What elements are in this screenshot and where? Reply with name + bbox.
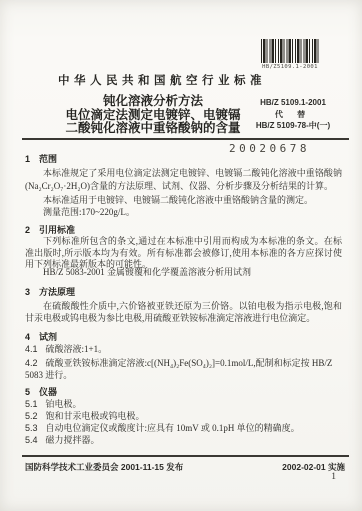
clause-text: 饱和甘汞电极或钨电极。: [46, 411, 145, 421]
clause-text: 硫酸溶液:1+1。: [46, 344, 108, 354]
section-heading-instruments: 5仪器: [25, 385, 341, 398]
clause-4-2: 4.2硫酸亚铁铵标准滴定溶液:c[(NH₄)₂Fe(SO₄)₂]=0.1mol/…: [25, 357, 342, 381]
clause-number: 4.1: [25, 343, 38, 355]
designation-current: HB/Z 5109.1-2001: [238, 97, 348, 109]
section-title: 方法原理: [39, 287, 75, 297]
clause-5-1: 5.1铂电极。: [25, 398, 342, 410]
title-line-2: 电位滴定法测定电镀锌、电镀镉: [44, 109, 262, 123]
designation-replaces-label: 代 替: [238, 109, 348, 121]
section-number: 2: [25, 225, 30, 235]
scope-paragraph-1: 本标准规定了采用电位滴定法测定电镀锌、电镀镉二酸钝化溶液中重铬酸钠(Na₂Cr₂…: [25, 167, 342, 193]
section-number: 5: [25, 387, 30, 397]
document-title: 钝化溶液分析方法 电位滴定法测定电镀锌、电镀镉 二酸钝化溶液中重铬酸钠的含量: [44, 95, 262, 136]
clause-number: 4.2: [25, 357, 38, 369]
section-number: 4: [25, 332, 30, 342]
clause-number: 5.2: [25, 410, 38, 422]
footer-issued-by: 国防科学技术工业委员会 2001-11-15 发布: [25, 461, 183, 473]
clause-5-4: 5.4磁力搅拌器。: [25, 434, 342, 446]
clause-number: 5.1: [25, 398, 38, 410]
document-page: HB/Z5109.1-2001 中华人民共和国航空行业标准 钝化溶液分析方法 电…: [0, 0, 362, 511]
referenced-standard: HB/Z 5083-2001 金属镀覆和化学覆盖溶液分析用试剂: [25, 266, 342, 279]
title-line-1: 钝化溶液分析方法: [44, 95, 262, 109]
section-title: 引用标准: [39, 225, 75, 235]
clause-5-2: 5.2饱和甘汞电极或钨电极。: [25, 410, 342, 422]
section-heading-reagents: 4试剂: [25, 330, 341, 343]
clause-number: 5.3: [25, 422, 38, 434]
clause-number: 5.4: [25, 434, 38, 446]
clause-text: 铂电极。: [46, 399, 82, 409]
clause-text: 硫酸亚铁铵标准滴定溶液:c[(NH₄)₂Fe(SO₄)₂]=0.1mol/L,配…: [25, 358, 332, 380]
clause-4-1: 4.1硫酸溶液:1+1。: [25, 343, 342, 355]
barcode-bars-icon: [261, 39, 319, 63]
clause-text: 自动电位滴定仪或酸度计:应具有 10mV 或 0.1pH 单位的精确度。: [46, 423, 300, 433]
section-number: 3: [25, 287, 30, 297]
section-heading-principle: 3方法原理: [25, 285, 341, 298]
header-divider: [22, 138, 349, 140]
footer-divider: [22, 455, 349, 457]
section-title: 范围: [39, 154, 57, 164]
section-heading-scope: 1范围: [25, 152, 341, 165]
principle-paragraph: 在硫酸酸性介质中,六价铬被亚铁还原为三价铬。以铂电极为指示电极,饱和甘汞电极或钨…: [25, 301, 342, 324]
section-number: 1: [25, 154, 30, 164]
scope-paragraph-3: 测量范围:170~220g/L。: [25, 206, 342, 219]
section-heading-references: 2引用标准: [25, 223, 341, 236]
clause-text: 磁力搅拌器。: [46, 435, 100, 445]
designation-superseded: HB/Z 5109-78-中(一): [238, 120, 348, 132]
standard-header-title: 中华人民共和国航空行业标准: [22, 72, 302, 88]
title-line-3: 二酸钝化溶液中重铬酸钠的含量: [44, 122, 262, 136]
page-number: 1: [331, 472, 336, 482]
barcode: HB/Z5109.1-2001: [261, 39, 321, 70]
clause-5-3: 5.3自动电位滴定仪或酸度计:应具有 10mV 或 0.1pH 单位的精确度。: [25, 422, 342, 434]
section-title: 仪器: [39, 387, 57, 397]
section-title: 试剂: [39, 332, 57, 342]
standard-designation: HB/Z 5109.1-2001 代 替 HB/Z 5109-78-中(一): [238, 97, 348, 132]
barcode-label: HB/Z5109.1-2001: [261, 64, 319, 70]
